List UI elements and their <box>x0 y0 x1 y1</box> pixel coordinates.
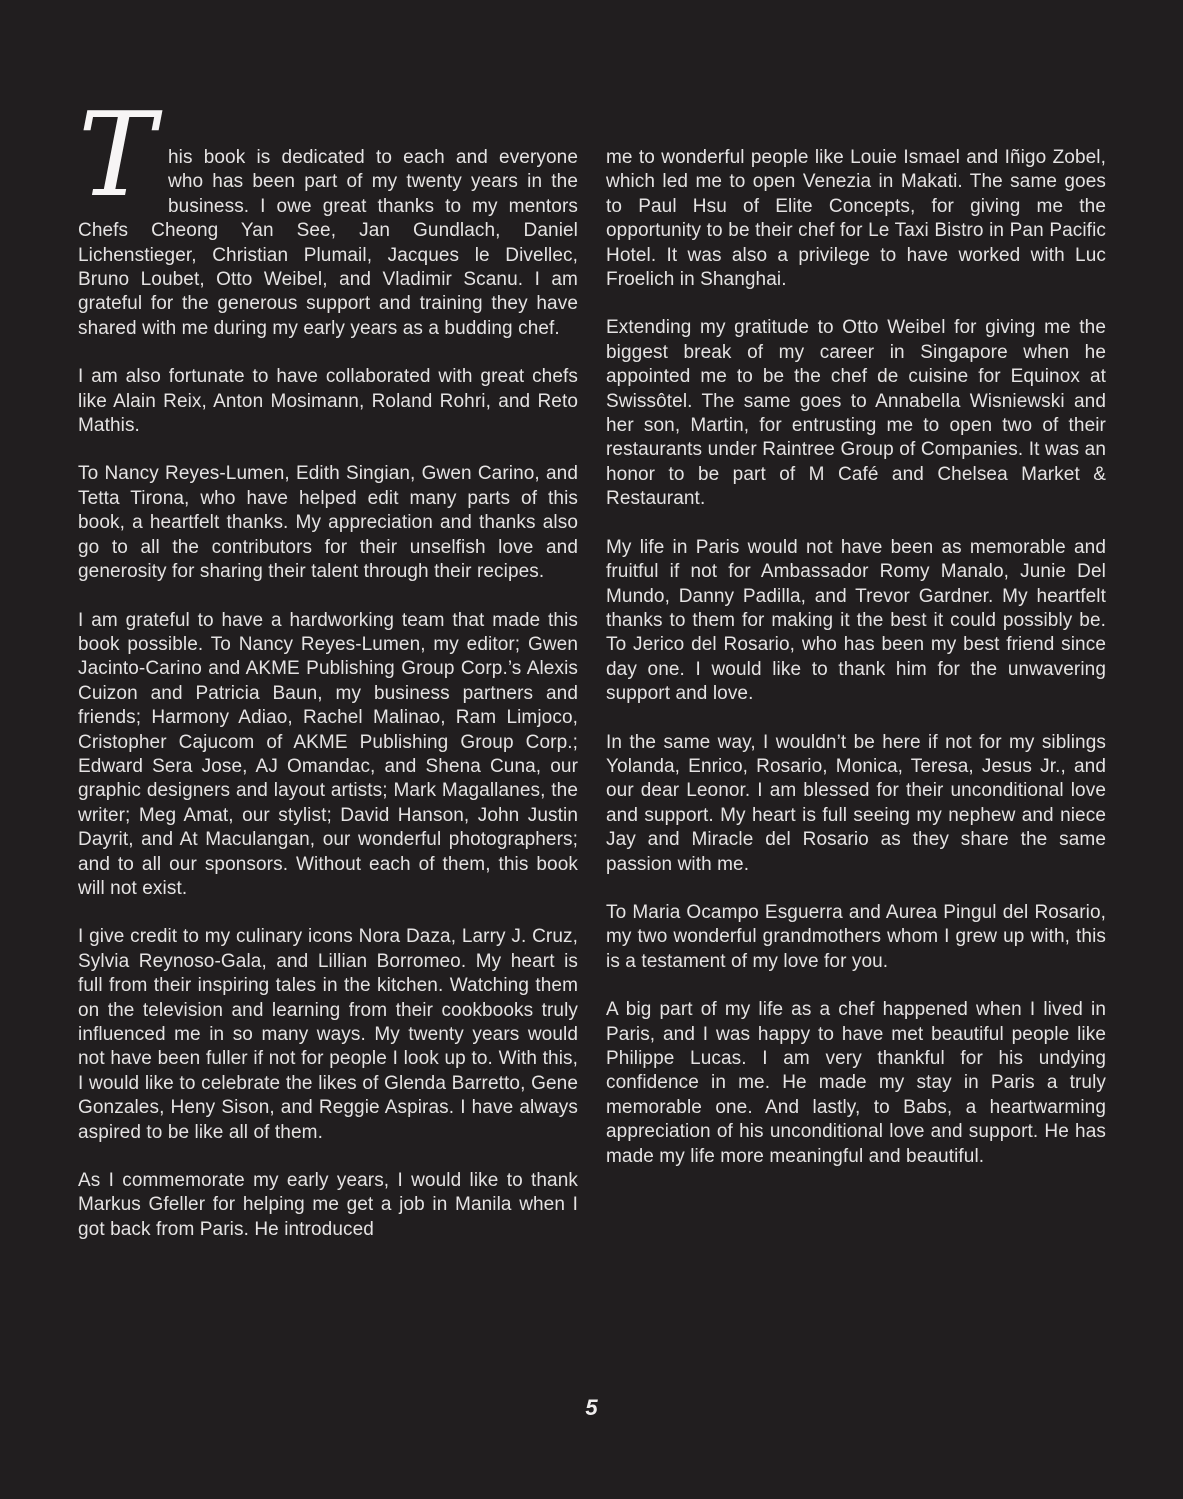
right-column: me to wonderful people like Louie Ismael… <box>606 146 1106 1242</box>
paragraph: To Maria Ocampo Esguerra and Aurea Pingu… <box>606 901 1106 974</box>
page-number: 5 <box>0 1395 1183 1421</box>
paragraph-opening: This book is dedicated to each and every… <box>78 146 578 341</box>
left-column: This book is dedicated to each and every… <box>78 146 578 1242</box>
paragraph: To Nancy Reyes-Lumen, Edith Singian, Gwe… <box>78 462 578 584</box>
paragraph: I am grateful to have a hardworking team… <box>78 609 578 902</box>
dedication-text: This book is dedicated to each and every… <box>78 146 1106 1242</box>
paragraph: me to wonderful people like Louie Ismael… <box>606 146 1106 292</box>
paragraph: As I commemorate my early years, I would… <box>78 1169 578 1242</box>
book-page: This book is dedicated to each and every… <box>0 0 1183 1499</box>
paragraph: I am also fortunate to have collaborated… <box>78 365 578 438</box>
paragraph: Extending my gratitude to Otto Weibel fo… <box>606 316 1106 511</box>
paragraph: A big part of my life as a chef happened… <box>606 998 1106 1169</box>
paragraph: In the same way, I wouldn’t be here if n… <box>606 731 1106 877</box>
paragraph: I give credit to my culinary icons Nora … <box>78 925 578 1145</box>
drop-cap: T <box>78 131 166 181</box>
paragraph: My life in Paris would not have been as … <box>606 536 1106 707</box>
